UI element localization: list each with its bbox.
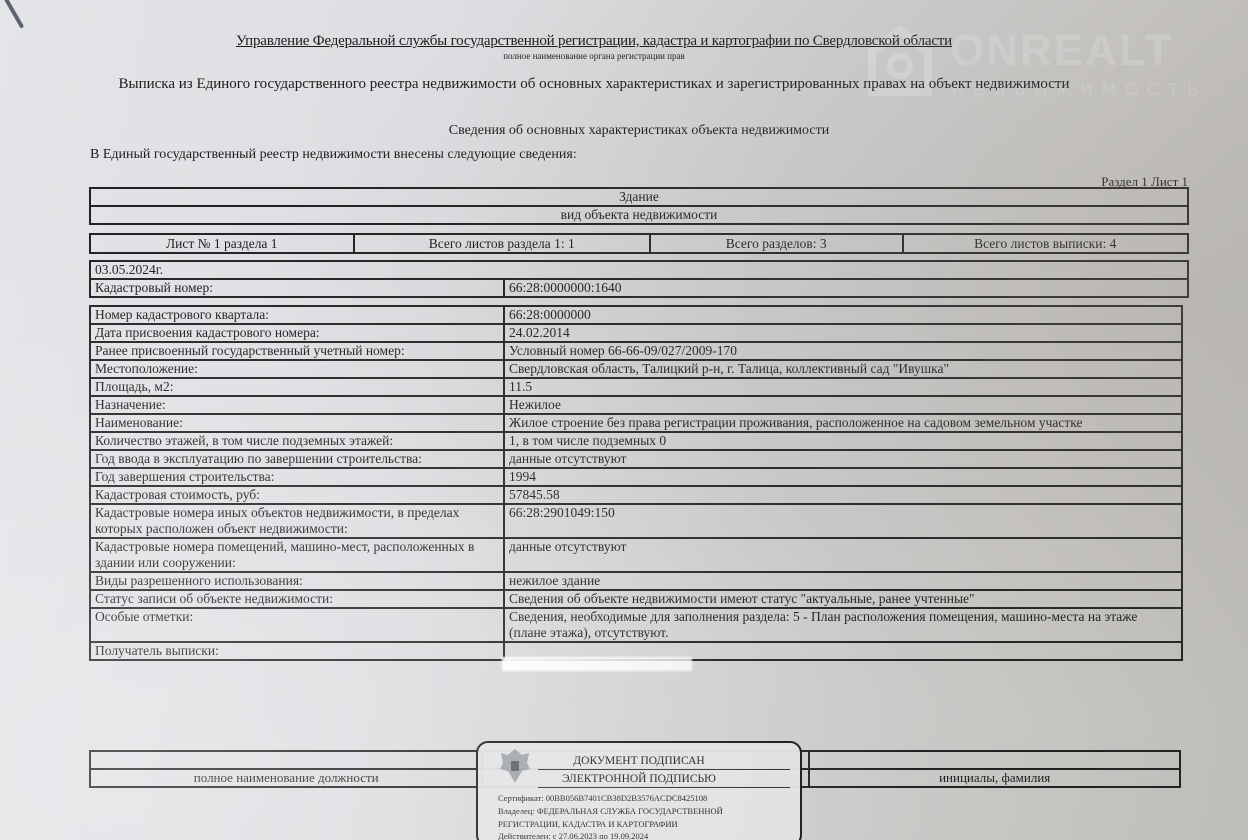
row-value: Сведения об объекте недвижимости имеют с… [504,590,1182,608]
row-label: Статус записи об объекте недвижимости: [90,590,504,608]
sections-total: Всего разделов: 3 [650,234,903,253]
electronic-signature-stamp: ДОКУМЕНТ ПОДПИСАН ЭЛЕКТРОННОЙ ПОДПИСЬЮ С… [476,741,802,840]
row-value: данные отсутствуют [504,450,1182,468]
row-label: Площадь, м2: [90,378,504,396]
row-value: Сведения, необходимые для заполнения раз… [504,608,1182,642]
extract-sheets-total: Всего листов выписки: 4 [903,234,1189,253]
table-row: Наименование:Жилое строение без права ре… [90,414,1182,432]
table-row: Кадастровые номера иных объектов недвижи… [90,504,1182,538]
document-title: Выписка из Единого государственного реес… [0,76,1188,93]
table-row: Виды разрешенного использования:нежилое … [90,572,1182,590]
row-label: Получатель выписки: [90,642,504,660]
stamp-owner-2: РЕГИСТРАЦИИ, КАДАСТРА И КАРТОГРАФИИ [498,819,678,829]
row-label: Кадастровые номера помещений, машино-мес… [90,538,504,572]
stamp-line-2: ЭЛЕКТРОННОЙ ПОДПИСЬЮ [478,773,800,785]
row-value: 1994 [504,468,1182,486]
date-cadastral-table: 03.05.2024г. Кадастровый номер: 66:28:00… [89,260,1189,298]
stamp-certificate: Сертификат: 00BB056B7401CB38D2B3576ACDC8… [498,793,707,803]
characteristics-table: Номер кадастрового квартала:66:28:000000… [89,305,1183,661]
organization-name: Управление Федеральной службы государств… [0,33,1188,50]
cadastral-number-value: 66:28:0000000:1640 [504,279,1188,297]
row-label: Наименование: [90,414,504,432]
row-value: 24.02.2014 [504,324,1182,342]
object-type: Здание [90,188,1188,206]
stamp-line-1: ДОКУМЕНТ ПОДПИСАН [478,755,800,767]
initials-caption: инициалы, фамилия [809,769,1180,787]
redaction-mark [502,657,692,671]
row-value: Свердловская область, Талицкий р-н, г. Т… [504,360,1182,378]
row-label: Количество этажей, в том числе подземных… [90,432,504,450]
row-value: Жилое строение без права регистрации про… [504,414,1182,432]
extract-date: 03.05.2024г. [90,261,1188,279]
row-label: Год завершения строительства: [90,468,504,486]
organization-caption: полное наименование органа регистрации п… [0,51,1188,61]
row-value: 66:28:0000000 [504,306,1182,324]
table-row: Особые отметки:Сведения, необходимые для… [90,608,1182,642]
row-label: Кадастровая стоимость, руб: [90,486,504,504]
object-type-table: Здание вид объекта недвижимости [89,187,1189,225]
row-value: данные отсутствуют [504,538,1182,572]
cadastral-number-label: Кадастровый номер: [90,279,504,297]
row-label: Кадастровые номера иных объектов недвижи… [90,504,504,538]
sheet-number: Лист № 1 раздела 1 [90,234,354,253]
table-row: Кадастровые номера помещений, машино-мес… [90,538,1182,572]
row-value: 1, в том числе подземных 0 [504,432,1182,450]
table-row: Площадь, м2:11.5 [90,378,1182,396]
table-row: Назначение:Нежилое [90,396,1182,414]
table-row: Статус записи об объекте недвижимости:Св… [90,590,1182,608]
section-sheets-total: Всего листов раздела 1: 1 [354,234,650,253]
stamp-validity: Действителен: с 27.06.2023 по 19.09.2024 [498,831,648,840]
stamp-divider [538,769,790,770]
row-label: Ранее присвоенный государственный учетны… [90,342,504,360]
row-value: 57845.58 [504,486,1182,504]
row-label: Особые отметки: [90,608,504,642]
table-row: Ранее присвоенный государственный учетны… [90,342,1182,360]
row-label: Местоположение: [90,360,504,378]
table-row: Год завершения строительства:1994 [90,468,1182,486]
table-row: Местоположение:Свердловская область, Тал… [90,360,1182,378]
row-value: Условный номер 66-66-09/027/2009-170 [504,342,1182,360]
row-label: Дата присвоения кадастрового номера: [90,324,504,342]
position-caption: полное наименование должности [90,769,482,787]
row-label: Год ввода в эксплуатацию по завершении с… [90,450,504,468]
section-title: Сведения об основных характеристиках объ… [0,123,1248,139]
staple [4,0,24,29]
table-row: Дата присвоения кадастрового номера:24.0… [90,324,1182,342]
row-value: 66:28:2901049:150 [504,504,1182,538]
row-label: Назначение: [90,396,504,414]
intro-text: В Единый государственный реестр недвижим… [90,147,577,163]
table-row: Количество этажей, в том числе подземных… [90,432,1182,450]
row-label: Виды разрешенного использования: [90,572,504,590]
row-value: 11.5 [504,378,1182,396]
stamp-divider [538,787,790,788]
table-row: Кадастровая стоимость, руб:57845.58 [90,486,1182,504]
table-row: Номер кадастрового квартала:66:28:000000… [90,306,1182,324]
stamp-owner-1: Владелец: ФЕДЕРАЛЬНАЯ СЛУЖБА ГОСУДАРСТВЕ… [498,806,723,816]
object-type-caption: вид объекта недвижимости [90,206,1188,224]
table-row: Год ввода в эксплуатацию по завершении с… [90,450,1182,468]
row-value: Нежилое [504,396,1182,414]
sheets-table: Лист № 1 раздела 1 Всего листов раздела … [89,233,1189,254]
row-label: Номер кадастрового квартала: [90,306,504,324]
row-value: нежилое здание [504,572,1182,590]
